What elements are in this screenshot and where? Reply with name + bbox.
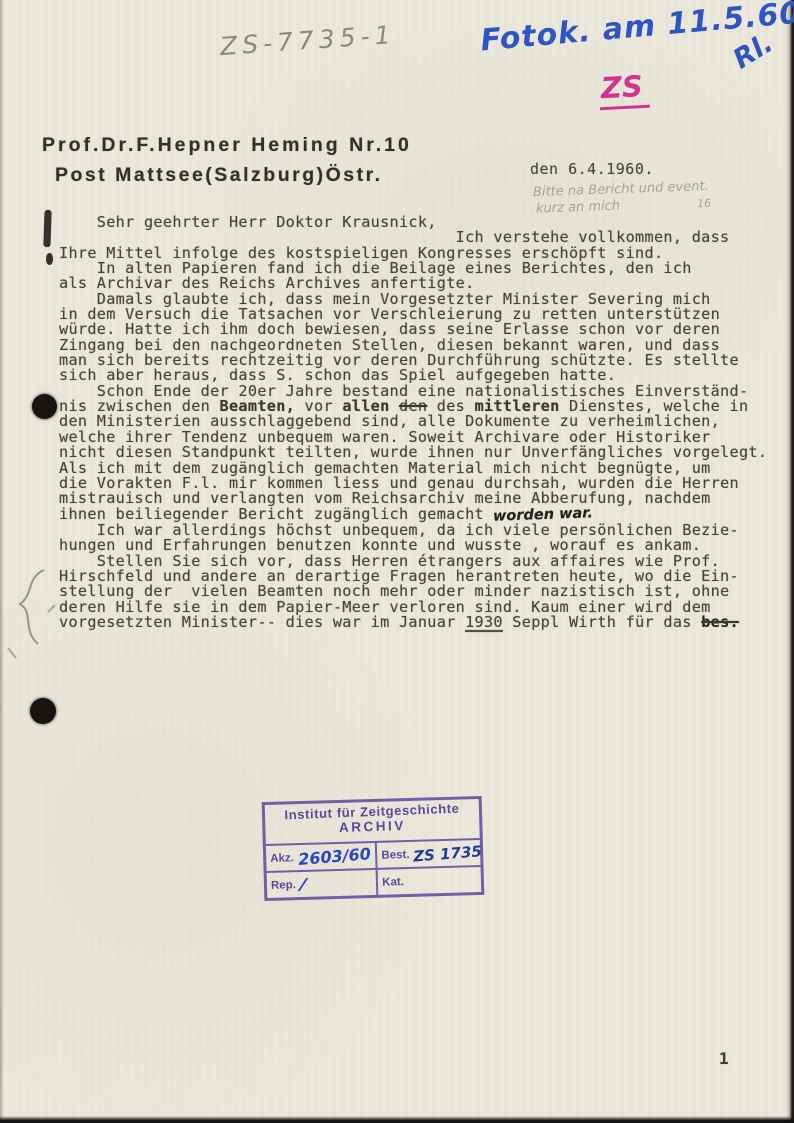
pencil-note-line2: kurz an mich [536,199,621,217]
stamp-rep-label: Rep. [271,879,296,892]
hole-punch-bottom [30,698,56,724]
zs-classification-mark: ZS [598,69,650,111]
letterhead-name: Prof.Dr.F.Hepner Heming Nr.10 [42,134,412,157]
stamp-akz-label: Akz. [270,852,294,865]
stamp-cell-kat: Kat. [378,867,481,895]
stamp-row-rep-kat: Rep. / Kat. [267,867,482,898]
pencil-note-small: 16 [697,197,711,210]
scanned-letter-page: ZS-7735-1 Fotok. am 11.5.60/2 Rl. ZS Pro… [0,0,794,1123]
stamp-cell-rep: Rep. / [267,870,379,898]
archive-stamp: Institut für Zeitgeschichte ARCHIV Akz. … [262,796,485,901]
letterhead-address: Post Mattsee(Salzburg)Östr. [55,164,383,187]
stamp-akz-value: 2603/60 [297,844,371,869]
stamp-cell-best: Best. ZS 1735 [377,840,486,868]
margin-pencil-brace [4,566,60,662]
stamp-best-value: ZS 1735 [413,842,483,865]
stamp-header: Institut für Zeitgeschichte ARCHIV [265,799,480,846]
margin-exclamation-dot [46,253,53,265]
scan-edge-right [786,0,794,1123]
margin-exclamation-mark [43,210,51,247]
page-number: 1 [719,1049,731,1068]
stamp-kat-label: Kat. [382,876,404,889]
letter-body: Sehr geehrter Herr Doktor Krausnick, Ich… [59,215,785,630]
stamp-rep-value: / [299,874,307,895]
pencil-reference-number: ZS-7735-1 [219,20,396,61]
hole-punch-top [32,394,57,419]
letter-line: vorgesetzten Minister-- dies war im Janu… [59,615,785,630]
stamp-cell-akz: Akz. 2603/60 [266,843,378,871]
scan-edge-left [0,0,4,1123]
scan-edge-bottom [0,1116,794,1123]
letter-date: den 6.4.1960. [530,160,654,178]
stamp-best-label: Best. [381,848,409,861]
pencil-note-line1: Bitte na Bericht und event. [533,179,709,200]
